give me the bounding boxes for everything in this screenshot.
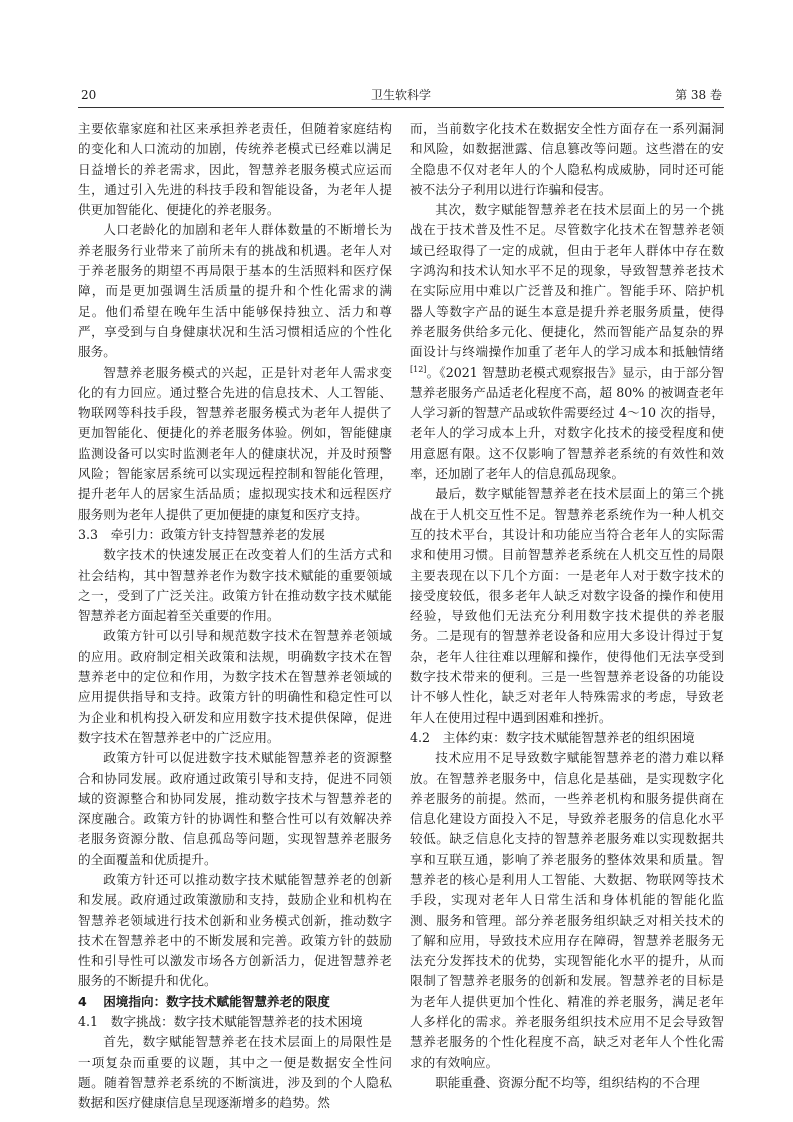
section-number: 3.3 bbox=[78, 525, 111, 545]
paragraph: 人口老龄化的加剧和老年人群体数量的不断增长为养老服务行业带来了前所未有的挑战和机… bbox=[78, 220, 392, 362]
paragraph: 技术应用不足导致数字赋能智慧养老的潜力难以释放。在智慧养老服务中，信息化是基础，… bbox=[410, 748, 724, 1073]
paragraph: 政策方针可以引导和规范数字技术在智慧养老领域的应用。政府制定相关政策和法规，明确… bbox=[78, 626, 392, 748]
volume-label: 第 38 卷 bbox=[675, 86, 722, 104]
section-number: 4 bbox=[78, 992, 103, 1012]
paragraph: 主要依靠家庭和社区来承担养老责任，但随着家庭结构的变化和人口流动的加剧，传统养老… bbox=[78, 119, 392, 220]
journal-title: 卫生软科学 bbox=[78, 86, 724, 104]
citation-ref: [12] bbox=[410, 364, 426, 373]
paragraph: 政策方针还可以推动数字技术赋能智慧养老的创新和发展。政府通过政策激励和支持，鼓励… bbox=[78, 870, 392, 992]
header-rule bbox=[78, 107, 724, 108]
section-title: 数字挑战：数字技术赋能智慧养老的技术困境 bbox=[111, 1014, 363, 1029]
paragraph-text: 其次，数字赋能智慧养老在技术层面上的另一个挑战在于技术普及性不足。尽管数字化技术… bbox=[410, 202, 724, 359]
running-header: 20 卫生软科学 第 38 卷 bbox=[78, 86, 724, 104]
left-column: 主要依靠家庭和社区来承担养老责任，但随着家庭结构的变化和人口流动的加剧，传统养老… bbox=[78, 119, 392, 1114]
paragraph: 首先，数字赋能智慧养老在技术层面上的局限性是一项复杂而重要的议题，其中之一便是数… bbox=[78, 1032, 392, 1113]
paragraph: 而，当前数字化技术在数据安全性方面存在一系列漏洞和风险，如数据泄露、信息篡改等问… bbox=[410, 119, 724, 200]
section-heading-4: 4困境指向：数字技术赋能智慧养老的限度 bbox=[78, 992, 392, 1012]
paragraph-text: 。《2021 智慧助老模式观察报告》显示，由于部分智慧养老服务产品适老化程度不高… bbox=[410, 365, 724, 481]
paragraph: 最后，数字赋能智慧养老在技术层面上的第三个挑战在于人机交互性不足。智慧养老系统作… bbox=[410, 484, 724, 728]
section-number: 4.2 bbox=[410, 728, 443, 748]
section-heading-4-2: 4.2主体约束：数字技术赋能智慧养老的组织困境 bbox=[410, 728, 724, 748]
section-title: 牵引力：政策方针支持智慧养老的发展 bbox=[111, 527, 325, 542]
section-title: 困境指向：数字技术赋能智慧养老的限度 bbox=[103, 994, 330, 1009]
right-column: 而，当前数字化技术在数据安全性方面存在一系列漏洞和风险，如数据泄露、信息篡改等问… bbox=[410, 119, 724, 1093]
paragraph: 智慧养老服务模式的兴起，正是针对老年人需求变化的有力回应。通过整合先进的信息技术… bbox=[78, 363, 392, 525]
paragraph: 其次，数字赋能智慧养老在技术层面上的另一个挑战在于技术普及性不足。尽管数字化技术… bbox=[410, 200, 724, 484]
section-title: 主体约束：数字技术赋能智慧养老的组织困境 bbox=[443, 730, 695, 745]
section-number: 4.1 bbox=[78, 1012, 111, 1032]
section-heading-3-3: 3.3牵引力：政策方针支持智慧养老的发展 bbox=[78, 525, 392, 545]
paragraph: 政策方针可以促进数字技术赋能智慧养老的资源整合和协同发展。政府通过政策引导和支持… bbox=[78, 748, 392, 870]
section-heading-4-1: 4.1数字挑战：数字技术赋能智慧养老的技术困境 bbox=[78, 1012, 392, 1032]
paragraph: 职能重叠、资源分配不均等，组织结构的不合理 bbox=[410, 1073, 724, 1093]
paragraph: 数字技术的快速发展正在改变着人们的生活方式和社会结构，其中智慧养老作为数字技术赋… bbox=[78, 545, 392, 626]
